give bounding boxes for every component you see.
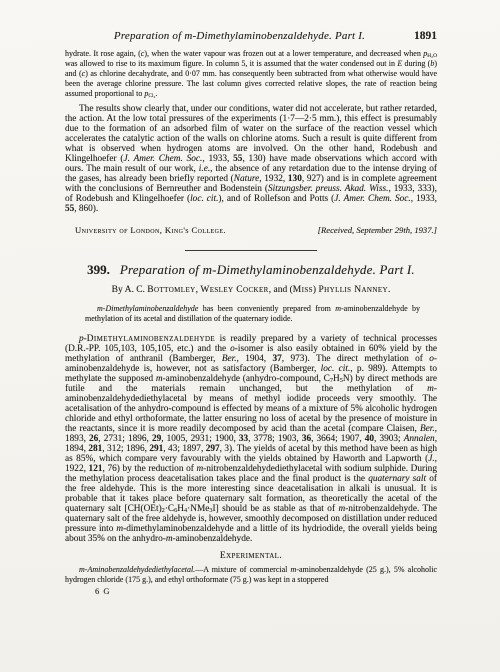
main-paragraph: p-Dimethylaminobenzaldehyde is readily p… — [65, 334, 437, 544]
page-number: 1891 — [414, 30, 437, 42]
paragraph-results: The results show clearly that, under our… — [65, 104, 437, 214]
received-date: [Received, September 29th, 1937.] — [318, 225, 437, 235]
signature-row: University of London, King's College. [R… — [65, 225, 437, 235]
journal-page: Preparation of m-Dimethylaminobenzaldehy… — [0, 0, 500, 672]
article-heading: 399.Preparation of m-Dimethylaminobenzal… — [65, 262, 437, 278]
signature-mark: 6 G — [95, 586, 437, 596]
abstract: m-Dimethylaminobenzaldehyde has been con… — [85, 304, 420, 324]
article-divider — [185, 250, 317, 251]
byline: By A. C. Bottomley, Wesley Cocker, and (… — [65, 285, 437, 295]
running-header: Preparation of m-Dimethylaminobenzaldehy… — [65, 30, 437, 42]
experimental-heading: Experimental. — [65, 551, 437, 561]
affiliation: University of London, King's College. — [65, 225, 226, 235]
article-title: Preparation of m-Dimethylaminobenzaldehy… — [120, 262, 415, 277]
experimental-paragraph: m-Aminobenzaldehydediethylacetal.—A mixt… — [65, 565, 437, 585]
article-number: 399. — [87, 262, 110, 277]
paragraph-continuation: hydrate. It rose again, (c), when the wa… — [65, 49, 437, 99]
running-title: Preparation of m-Dimethylaminobenzaldehy… — [65, 30, 414, 42]
